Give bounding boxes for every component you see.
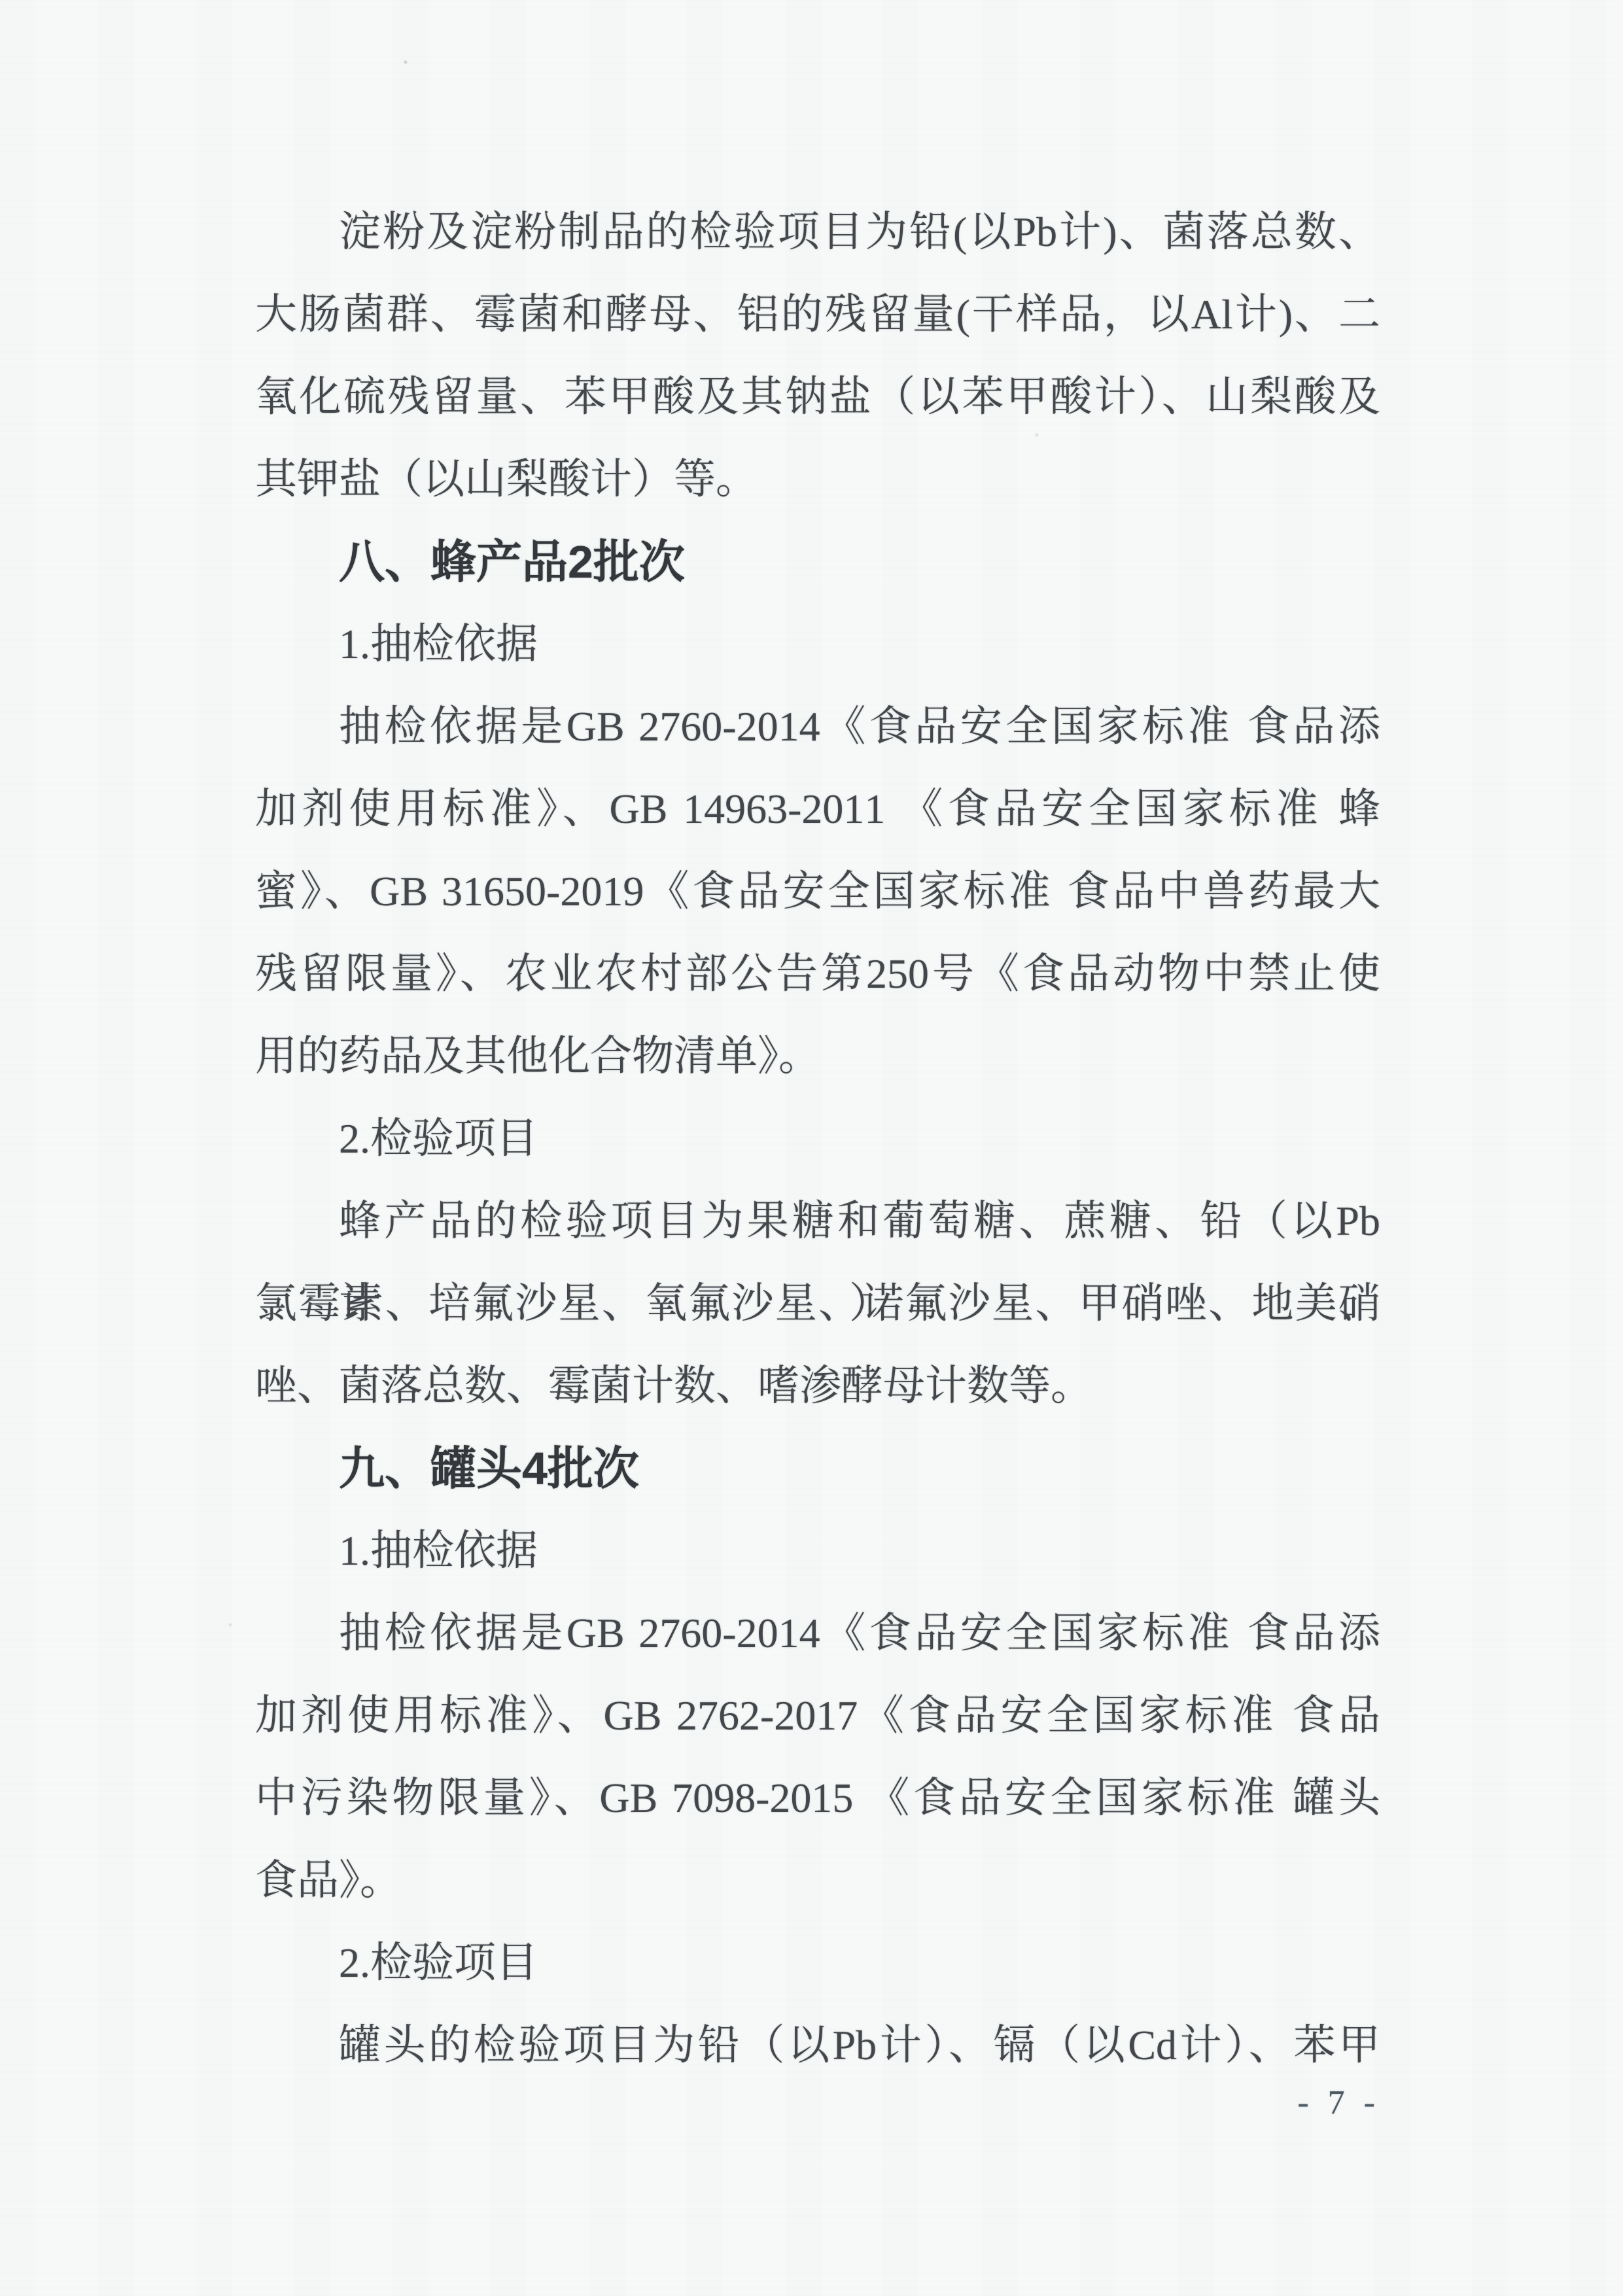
paragraph-line: 大肠菌群、霉菌和酵母、铝的残留量(干样品，以Al计)、二 bbox=[255, 273, 1380, 356]
paragraph-line: 蜜》、GB 31650-2019《食品安全国家标准 食品中兽药最大 bbox=[255, 850, 1380, 933]
document-body: 淀粉及淀粉制品的检验项目为铅(以Pb计)、菌落总数、 大肠菌群、霉菌和酵母、铝的… bbox=[255, 191, 1380, 2087]
page-number: - 7 - bbox=[1297, 2080, 1380, 2126]
paragraph-line: 氯霉素、培氟沙星、氧氟沙星、诺氟沙星、甲硝唑、地美硝 bbox=[255, 1262, 1380, 1345]
paragraph-line: 用的药品及其他化合物清单》。 bbox=[255, 1015, 1380, 1098]
section-heading-canned-food: 九、罐头4批次 bbox=[255, 1427, 1380, 1510]
paragraph-line: 加剂使用标准》、GB 14963-2011 《食品安全国家标准 蜂 bbox=[255, 768, 1380, 850]
paragraph-line: 蜂产品的检验项目为果糖和葡萄糖、蔗糖、铅（以Pb计）、 bbox=[255, 1180, 1380, 1262]
paragraph-line: 罐头的检验项目为铅（以Pb计）、镉（以Cd计）、苯甲 bbox=[255, 2004, 1380, 2087]
section-heading-bee-products: 八、蜂产品2批次 bbox=[255, 521, 1380, 603]
paragraph-line: 氧化硫残留量、苯甲酸及其钠盐（以苯甲酸计）、山梨酸及 bbox=[255, 356, 1380, 438]
paragraph-line: 加剂使用标准》、GB 2762-2017《食品安全国家标准 食品 bbox=[255, 1675, 1380, 1757]
paragraph-line: 其钾盐（以山梨酸计）等。 bbox=[255, 438, 1380, 521]
paragraph-line: 残留限量》、农业农村部公告第250号《食品动物中禁止使 bbox=[255, 933, 1380, 1015]
paragraph-line: 唑、菌落总数、霉菌计数、嗜渗酵母计数等。 bbox=[255, 1345, 1380, 1427]
subsection-heading-sampling-basis: 1.抽检依据 bbox=[255, 1510, 1380, 1592]
paragraph-line: 食品》。 bbox=[255, 1839, 1380, 1922]
paragraph-line: 淀粉及淀粉制品的检验项目为铅(以Pb计)、菌落总数、 bbox=[255, 191, 1380, 273]
subsection-heading-test-items: 2.检验项目 bbox=[255, 1922, 1380, 2004]
paragraph-line: 抽检依据是GB 2760-2014《食品安全国家标准 食品添 bbox=[255, 686, 1380, 768]
paragraph-line: 抽检依据是GB 2760-2014《食品安全国家标准 食品添 bbox=[255, 1592, 1380, 1675]
paragraph-line: 中污染物限量》、GB 7098-2015 《食品安全国家标准 罐头 bbox=[255, 1757, 1380, 1839]
subsection-heading-sampling-basis: 1.抽检依据 bbox=[255, 603, 1380, 686]
subsection-heading-test-items: 2.检验项目 bbox=[255, 1098, 1380, 1180]
scanned-document-page: { "doc": { "lines": [ "淀粉及淀粉制品的检验项目为铅(以P… bbox=[0, 0, 1623, 2296]
